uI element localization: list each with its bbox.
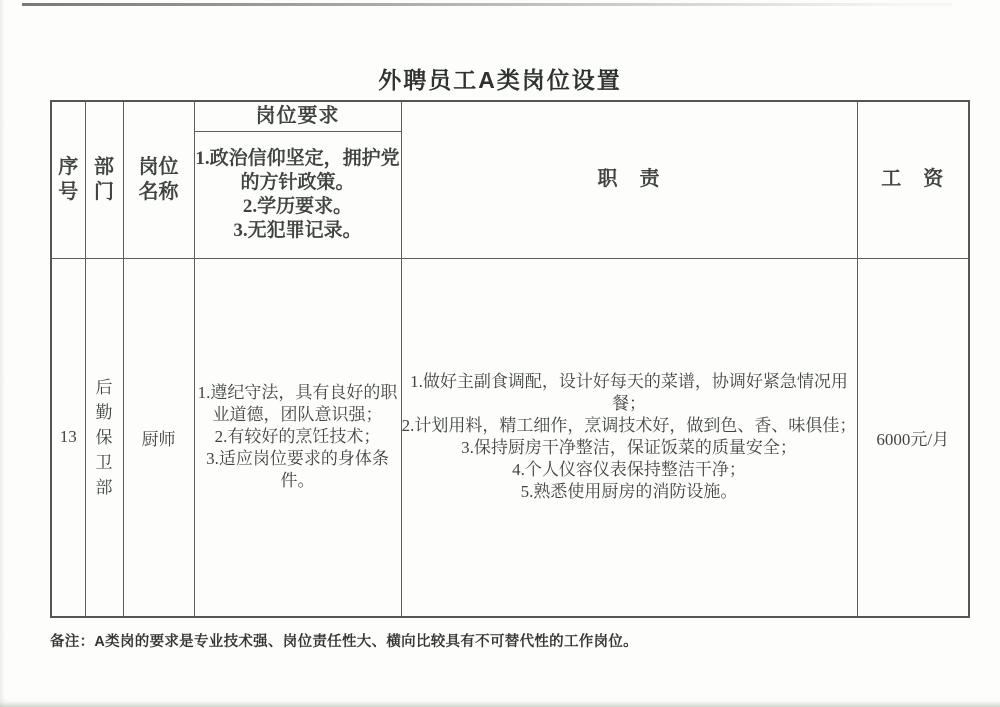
requirement-item: 2.有较好的烹饪技术； <box>195 426 401 448</box>
common-requirement-item: 1.政治信仰坚定，拥护党的方针政策。 <box>195 147 401 195</box>
header-row: 序号 部门 岗位名称 岗位要求 职 责 工 资 <box>51 101 969 131</box>
header-position-name-label: 岗位名称 <box>135 155 183 205</box>
cell-requirements: 1.遵纪守法，具有良好的职业道德，团队意识强； 2.有较好的烹饪技术； 3.适应… <box>194 258 401 617</box>
table-row: 13 后勤保卫部 厨师 1.遵纪守法，具有良好的职业道德，团队意识强； 2.有较… <box>51 258 969 617</box>
header-requirements: 岗位要求 <box>194 101 401 131</box>
header-duties: 职 责 <box>401 101 857 258</box>
scan-edge-bottom <box>0 699 1000 707</box>
header-serial: 序号 <box>51 101 85 258</box>
requirement-item: 1.遵纪守法，具有良好的职业道德，团队意识强； <box>195 382 401 426</box>
page-title: 外聘员工A类岗位设置 <box>0 62 1000 95</box>
common-requirement-item: 2.学历要求。 <box>195 195 401 219</box>
duty-item: 5.熟悉使用厨房的消防设施。 <box>402 481 857 503</box>
duty-item: 2.计划用料，精工细作，烹调技术好，做到色、香、味俱佳； <box>402 415 857 437</box>
scan-edge-top <box>22 3 952 6</box>
positions-table: 序号 部门 岗位名称 岗位要求 职 责 工 资 1.政治信仰坚定，拥护党的方针政… <box>50 100 970 618</box>
header-position-name: 岗位名称 <box>123 101 194 258</box>
cell-duties: 1.做好主副食调配，设计好每天的菜谱，协调好紧急情况用餐； 2.计划用料，精工细… <box>401 258 857 617</box>
department-vertical-text: 后勤保卫部 <box>94 375 114 500</box>
cell-salary: 6000元/月 <box>857 258 969 617</box>
document-page: 外聘员工A类岗位设置 序号 部门 岗位名称 岗位要求 职 责 工 资 <box>0 0 1000 707</box>
header-salary: 工 资 <box>857 101 969 258</box>
duty-item: 3.保持厨房干净整洁，保证饭菜的质量安全； <box>402 437 857 459</box>
common-requirement-item: 3.无犯罪记录。 <box>195 219 401 243</box>
header-department-label: 部门 <box>92 155 116 205</box>
footnote: 备注：A类岗的要求是专业技术强、岗位责任性大、横向比较具有不可替代性的工作岗位。 <box>50 630 638 651</box>
scan-edge-left <box>0 0 5 707</box>
requirement-item: 3.适应岗位要求的身体条件。 <box>195 448 401 492</box>
cell-serial: 13 <box>51 258 85 617</box>
common-requirements-cell: 1.政治信仰坚定，拥护党的方针政策。 2.学历要求。 3.无犯罪记录。 <box>194 131 401 258</box>
duty-item: 1.做好主副食调配，设计好每天的菜谱，协调好紧急情况用餐； <box>402 371 857 415</box>
cell-position: 厨师 <box>123 258 194 617</box>
header-serial-label: 序号 <box>56 155 80 205</box>
duty-item: 4.个人仪容仪表保持整洁干净； <box>402 459 857 481</box>
cell-department: 后勤保卫部 <box>85 258 123 617</box>
header-department: 部门 <box>85 101 123 258</box>
